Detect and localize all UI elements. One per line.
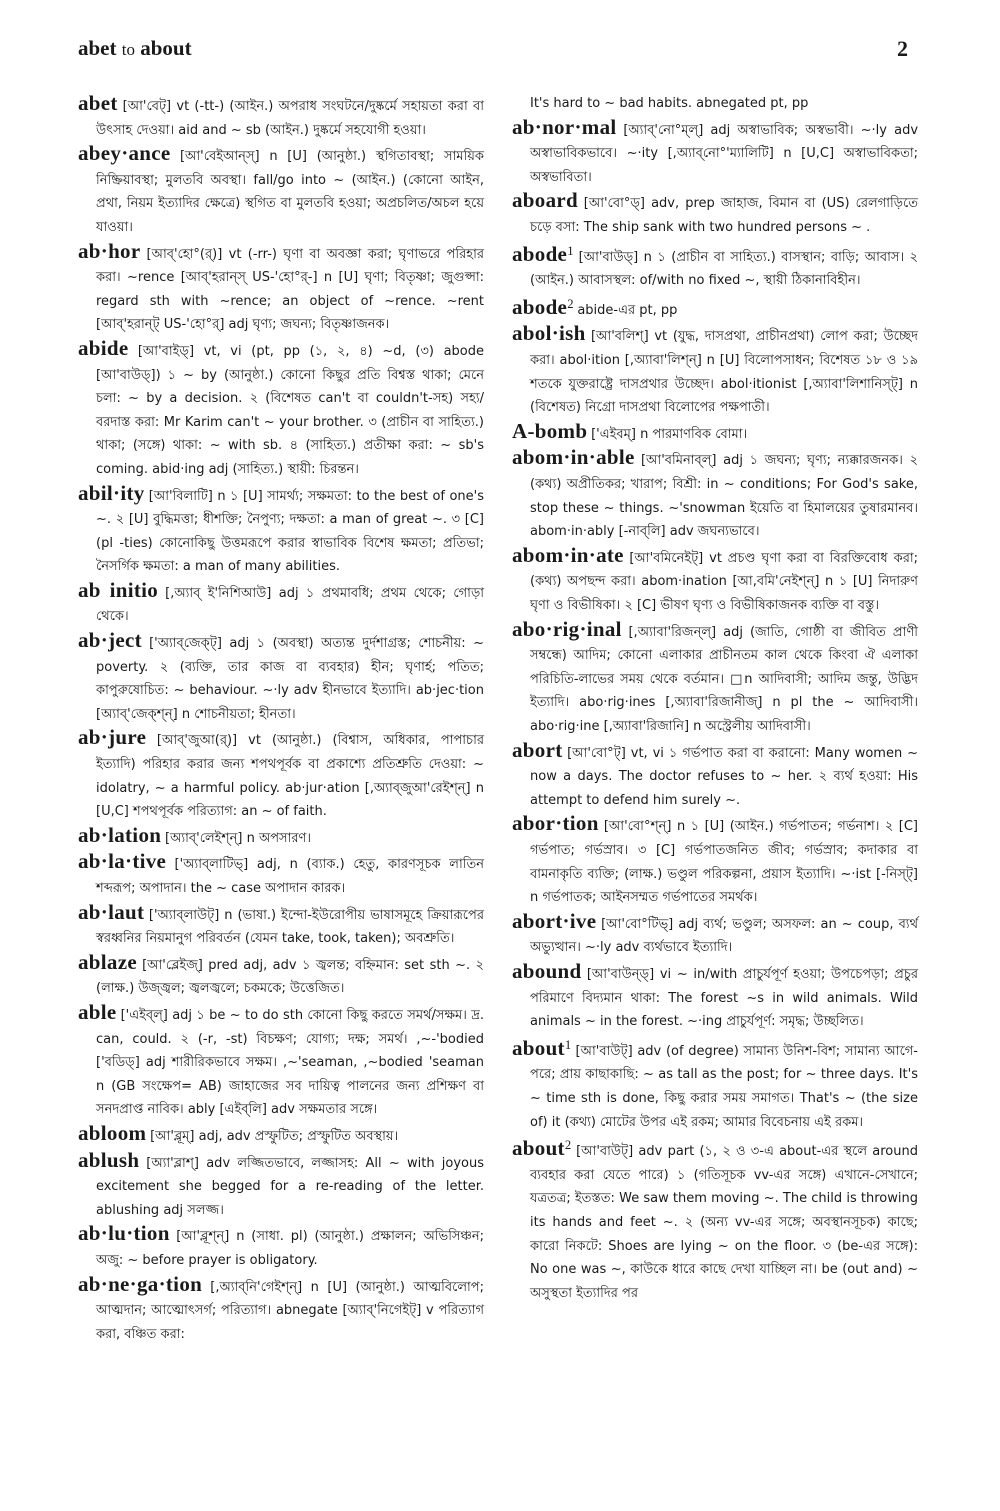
entry-headword: ab·nor·mal [512, 115, 617, 139]
dictionary-entry: abode1 [আ'বাউড্] n ১ (প্রাচীন বা সাহিত্য… [512, 240, 918, 293]
dictionary-entry: abloom [আ'ব্লূম্] adj, adv প্রস্ফুটিত; প… [78, 1122, 484, 1149]
entry-definition: [আব্'হো°(র্)] vt (-rr-) ঘৃণা বা অবজ্ঞা ক… [96, 247, 484, 333]
entry-headword: ab·lation [78, 823, 161, 847]
dictionary-entry: abort·ive [আ'বো°টিভ্] adj ব্যর্থ; ভণ্ডুল… [512, 910, 918, 960]
entry-definition: [আ'ব্লূম্] adj, adv প্রস্ফুটিত; প্রস্ফুট… [150, 1129, 398, 1144]
entry-headword: abound [512, 959, 582, 983]
entry-headword: abil·ity [78, 481, 145, 505]
headword-superscript: 2 [565, 1138, 571, 1152]
entry-headword: abom·in·able [512, 445, 635, 469]
entry-definition: [আ'বাউট্] adv (of degree) সামান্য উনিশ-ব… [530, 1044, 918, 1130]
entry-headword: abol·ish [512, 321, 586, 345]
entry-headword: ab·ject [78, 628, 142, 652]
dictionary-entry: A-bomb ['এইবম্] n পারমাণবিক বোমা। [512, 420, 918, 447]
dictionary-entry: ab·hor [আব্'হো°(র্)] vt (-rr-) ঘৃণা বা অ… [78, 240, 484, 337]
dictionary-entry: about2 [আ'বাউট্] adv part (১, ২ ও ৩-এ ab… [512, 1134, 918, 1305]
entry-headword: able [78, 1000, 117, 1024]
page-number: 2 [897, 36, 908, 62]
headword-superscript: 2 [567, 297, 573, 311]
entry-definition: [আব্'জুআ(র্)] vt (আনুষ্ঠা.) (বিশ্বাস, অধ… [96, 733, 484, 819]
entry-definition: [আ'বো°ড্] adv, prep জাহাজ, বিমান বা (US)… [530, 196, 918, 235]
entry-definition: ['অ্যাব্‌লাউট্] n (ভাষা.) ইন্দো-ইউরোপীয়… [96, 908, 484, 947]
entry-headword: aboard [512, 188, 578, 212]
left-column: abet [আ'বেট্] vt (-tt-) (আইন.) অপরাধ সংঘ… [78, 92, 484, 1346]
entry-headword: abloom [78, 1121, 146, 1145]
dictionary-entry: able ['এইব্‌ল্] adj ১ be ~ to do sth কোন… [78, 1001, 484, 1122]
dictionary-entry: abor·tion [আ'বো°শ্‌ন্] n ১ [U] (আইন.) গর… [512, 812, 918, 909]
dictionary-entry: abide [আ'বাইড্] vt, vi (pt, pp (১, ২, ৪)… [78, 337, 484, 482]
running-head-to: to [122, 40, 135, 59]
entry-definition: [অ্যাব্'লেইশ্‌ন্] n অপসারণ। [165, 831, 311, 846]
headword-superscript: 1 [567, 244, 573, 258]
dictionary-entry: abode2 abide-এর pt, pp [512, 293, 918, 323]
dictionary-entry: abet [আ'বেট্] vt (-tt-) (আইন.) অপরাধ সংঘ… [78, 92, 484, 142]
entry-headword: ab·lu·tion [78, 1221, 170, 1245]
dictionary-entry: ab·ject ['অ্যাব্‌জেক্ট্] adj ১ (অবস্থা) … [78, 629, 484, 726]
entry-headword: abet [78, 91, 118, 115]
entry-headword: abode [512, 242, 567, 266]
entry-headword: abort·ive [512, 909, 596, 933]
entry-headword: ab·laut [78, 900, 144, 924]
entry-headword: about [512, 1036, 565, 1060]
dictionary-entry: ab·lation [অ্যাব্'লেইশ্‌ন্] n অপসারণ। [78, 824, 484, 851]
entry-definition: ['অ্যাব্‌জেক্ট্] adj ১ (অবস্থা) অত্যন্ত … [96, 636, 484, 722]
entry-headword: ab initio [78, 578, 158, 602]
entry-definition: [আ'বাইড্] vt, vi (pt, pp (১, ২, ৪) ~d, (… [96, 344, 484, 477]
dictionary-entry: ab·nor·mal [অ্যাব্'নো°ম্‌ল্] adj অস্বাভা… [512, 116, 918, 190]
running-head: abet to about [78, 36, 192, 61]
entry-headword: about [512, 1136, 565, 1160]
entry-definition: [,অ্যাবা'রিজন্‌ল্] adj (জাতি, গোষ্ঠী বা … [530, 625, 918, 734]
entry-definition: [আ'বেট্] vt (-tt-) (আইন.) অপরাধ সংঘটনে/দ… [96, 99, 484, 138]
dictionary-entry: abom·in·ate [আ'বমিনেইট্] vt প্রচণ্ড ঘৃণা… [512, 544, 918, 618]
dictionary-entry: abil·ity [আ'বিলাটি] n ১ [U] সামর্থ্য; সক… [78, 482, 484, 579]
entry-definition: [আ'বো°ট্] vt, vi ১ গর্ভপাত করা বা করানো:… [530, 746, 918, 808]
page-header: abet to about 2 [78, 36, 908, 66]
entry-definition: [আ'বাউড্] n ১ (প্রাচীন বা সাহিত্য.) বাসস… [530, 250, 918, 289]
dictionary-entry: abom·in·able [আ'বমিনাব্‌ল্] adj ১ জঘন্য;… [512, 446, 918, 543]
running-head-first: abet [78, 36, 117, 60]
right-column: It's hard to ~ bad habits. abnegated pt,… [512, 92, 918, 1346]
dictionary-entry: ablush [অ্যা'ব্লাশ্] adv লজ্জিতভাবে, লজ্… [78, 1149, 484, 1223]
dictionary-entry: abo·rig·inal [,অ্যাবা'রিজন্‌ল্] adj (জাত… [512, 618, 918, 739]
entry-definition: It's hard to ~ bad habits. abnegated pt,… [530, 96, 808, 111]
dictionary-entry: aboard [আ'বো°ড্] adv, prep জাহাজ, বিমান … [512, 189, 918, 239]
entry-definition: [আ'বাউন্ড্] vi ~ in/with প্রাচুর্যপূর্ণ … [530, 967, 918, 1029]
headword-superscript: 1 [565, 1038, 571, 1052]
dictionary-entry: abort [আ'বো°ট্] vt, vi ১ গর্ভপাত করা বা … [512, 739, 918, 813]
dictionary-columns: abet [আ'বেট্] vt (-tt-) (আইন.) অপরাধ সংঘ… [78, 92, 918, 1346]
entry-definition: [অ্যা'ব্লাশ্] adv লজ্জিতভাবে, লজ্জাসহ: A… [96, 1156, 484, 1218]
entry-headword: abode [512, 295, 567, 319]
entry-headword: ab·ne·ga·tion [78, 1272, 202, 1296]
entry-definition: ['এইবম্] n পারমাণবিক বোমা। [591, 427, 747, 442]
entry-headword: ab·la·tive [78, 849, 166, 873]
entry-headword: ab·hor [78, 239, 140, 263]
dictionary-entry: ab·laut ['অ্যাব্‌লাউট্] n (ভাষা.) ইন্দো-… [78, 901, 484, 951]
dictionary-entry: ab·la·tive ['অ্যাব্‌লাটিভ্] adj, n (ব্যা… [78, 850, 484, 900]
dictionary-entry: ablaze [আ'ব্লেইজ্] pred adj, adv ১ জ্বলন… [78, 951, 484, 1001]
entry-definition: ['এইব্‌ল্] adj ১ be ~ to do sth কোনো কিছ… [96, 1008, 484, 1117]
dictionary-entry: abey·ance [আ'বেইআন্‌স্] n [U] (আনুষ্ঠা.)… [78, 142, 484, 239]
dictionary-entry: ab·ne·ga·tion [,অ্যাব্‌নি'গেইশ্‌ন্] n [U… [78, 1273, 484, 1347]
entry-headword: abey·ance [78, 141, 171, 165]
entry-definition: [আ'বিলাটি] n ১ [U] সামর্থ্য; সক্ষমতা: to… [96, 489, 484, 575]
dictionary-entry: ab·lu·tion [আ'ব্লূশ্‌ন্] n (সাধা. pl) (আ… [78, 1222, 484, 1272]
entry-definition: [আ'ব্লেইজ্] pred adj, adv ১ জ্বলন্ত; বহ্… [96, 958, 484, 997]
entry-headword: ab·jure [78, 725, 146, 749]
entry-headword: ablaze [78, 950, 137, 974]
dictionary-entry: It's hard to ~ bad habits. abnegated pt,… [512, 92, 918, 116]
dictionary-entry: abound [আ'বাউন্ড্] vi ~ in/with প্রাচুর্… [512, 960, 918, 1034]
entry-headword: abo·rig·inal [512, 617, 622, 641]
dictionary-entry: ab initio [,অ্যাব্ ই'নিশিআউ] adj ১ প্রথম… [78, 579, 484, 629]
entry-definition: abide-এর pt, pp [577, 303, 677, 318]
entry-headword: abide [78, 336, 129, 360]
entry-headword: ablush [78, 1148, 139, 1172]
dictionary-entry: about1 [আ'বাউট্] adv (of degree) সামান্য… [512, 1034, 918, 1134]
entry-definition: [আ'বাউট্] adv part (১, ২ ও ৩-এ about-এর … [530, 1144, 918, 1301]
entry-headword: A-bomb [512, 419, 587, 443]
dictionary-entry: ab·jure [আব্'জুআ(র্)] vt (আনুষ্ঠা.) (বিশ… [78, 726, 484, 823]
entry-headword: abom·in·ate [512, 543, 624, 567]
running-head-last: about [140, 36, 191, 60]
entry-headword: abor·tion [512, 811, 599, 835]
dictionary-entry: abol·ish [আ'বলিশ্] vt (যুদ্ধ, দাসপ্রথা, … [512, 322, 918, 419]
entry-headword: abort [512, 738, 563, 762]
entry-definition: [আ'বলিশ্] vt (যুদ্ধ, দাসপ্রথা, প্রাচীনপ্… [530, 329, 918, 415]
